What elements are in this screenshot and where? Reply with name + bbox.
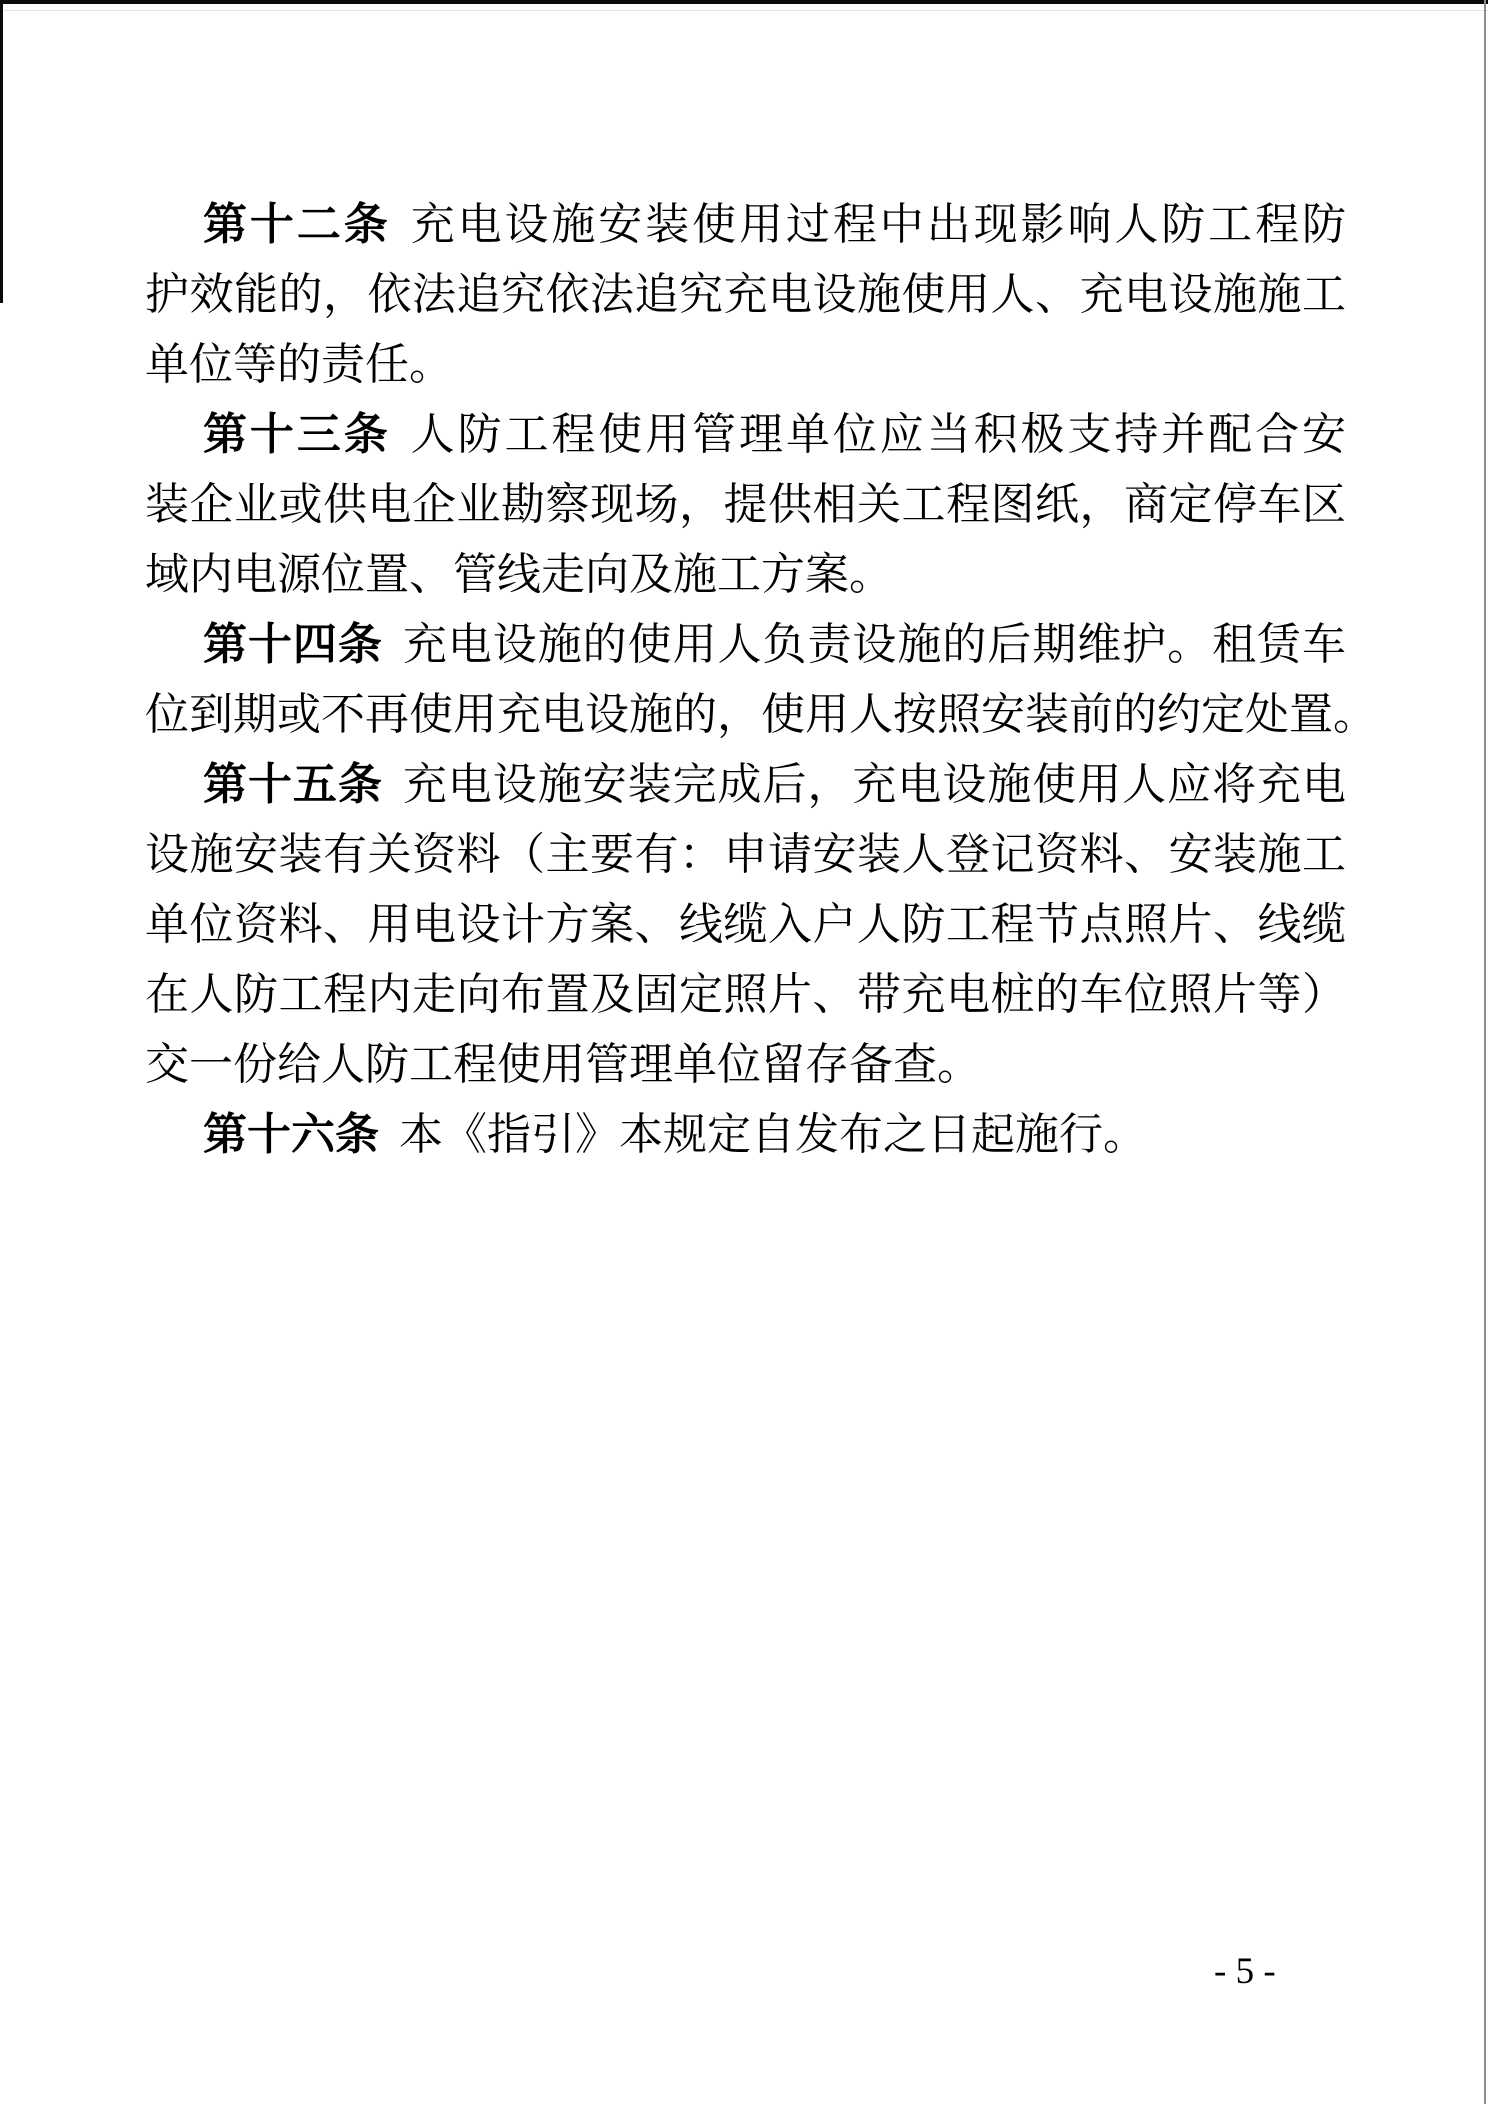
line-text: 充电设施的使用人负责设施的后期维护。租赁车 — [403, 620, 1346, 669]
article-number-heading: 第十二条 — [203, 200, 391, 249]
text-line: 单位资料、用电设计方案、线缆入户人防工程节点照片、线缆 — [145, 890, 1346, 960]
line-text: 交一份给人防工程使用管理单位留存备查。 — [145, 1040, 981, 1089]
line-text: 设施安装有关资料（主要有：申请安装人登记资料、安装施工 — [145, 830, 1346, 879]
scan-border-top — [0, 0, 1488, 4]
line-text: 装企业或供电企业勘察现场，提供相关工程图纸，商定停车区 — [145, 480, 1346, 529]
line-text: 充电设施安装完成后，充电设施使用人应将充电 — [403, 760, 1346, 809]
scan-hairline-top — [0, 10, 1488, 11]
line-text: 位到期或不再使用充电设施的，使用人按照安装前的约定处置。 — [145, 690, 1377, 739]
text-line: 护效能的，依法追究依法追究充电设施使用人、充电设施施工 — [145, 260, 1346, 330]
text-line: 在人防工程内走向布置及固定照片、带充电桩的车位照片等） — [145, 960, 1346, 1030]
text-line: 单位等的责任。 — [145, 330, 1346, 400]
line-text: 护效能的，依法追究依法追究充电设施使用人、充电设施施工 — [145, 270, 1346, 319]
line-text: 本《指引》本规定自发布之日起施行。 — [399, 1110, 1147, 1159]
text-line: 交一份给人防工程使用管理单位留存备查。 — [145, 1030, 1346, 1100]
text-line: 第十六条本《指引》本规定自发布之日起施行。 — [145, 1100, 1346, 1170]
text-line: 第十三条人防工程使用管理单位应当积极支持并配合安 — [145, 400, 1346, 470]
article-number-heading: 第十三条 — [203, 410, 391, 459]
line-text: 人防工程使用管理单位应当积极支持并配合安 — [411, 410, 1346, 459]
line-text: 单位资料、用电设计方案、线缆入户人防工程节点照片、线缆 — [145, 900, 1346, 949]
article-number-heading: 第十六条 — [203, 1110, 379, 1159]
line-text: 域内电源位置、管线走向及施工方案。 — [145, 550, 893, 599]
page-number: - 5 - — [1214, 1950, 1276, 1994]
scan-border-left — [0, 0, 3, 303]
text-line: 第十二条充电设施安装使用过程中出现影响人防工程防 — [145, 190, 1346, 260]
document-page: 第十二条充电设施安装使用过程中出现影响人防工程防护效能的，依法追究依法追究充电设… — [0, 0, 1488, 2104]
article-number-heading: 第十四条 — [203, 620, 383, 669]
text-line: 第十五条充电设施安装完成后，充电设施使用人应将充电 — [145, 750, 1346, 820]
scan-border-right — [1484, 0, 1486, 2104]
text-line: 设施安装有关资料（主要有：申请安装人登记资料、安装施工 — [145, 820, 1346, 890]
document-body: 第十二条充电设施安装使用过程中出现影响人防工程防护效能的，依法追究依法追究充电设… — [145, 190, 1346, 1170]
line-text: 充电设施安装使用过程中出现影响人防工程防 — [411, 200, 1346, 249]
line-text: 在人防工程内走向布置及固定照片、带充电桩的车位照片等） — [145, 970, 1346, 1019]
line-text: 单位等的责任。 — [145, 340, 453, 389]
text-line: 位到期或不再使用充电设施的，使用人按照安装前的约定处置。 — [145, 680, 1346, 750]
text-line: 域内电源位置、管线走向及施工方案。 — [145, 540, 1346, 610]
article-number-heading: 第十五条 — [203, 760, 383, 809]
text-line: 装企业或供电企业勘察现场，提供相关工程图纸，商定停车区 — [145, 470, 1346, 540]
text-line: 第十四条充电设施的使用人负责设施的后期维护。租赁车 — [145, 610, 1346, 680]
